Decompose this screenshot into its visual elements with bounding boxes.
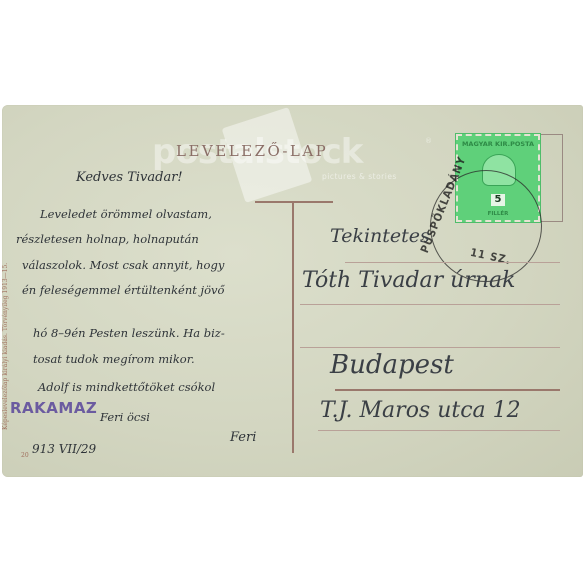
message-line: hó 8–9én Pesten leszünk. Ha biz- [33,326,225,340]
address-salutation: Tekintetes [330,225,430,247]
message-date: 913 VII/29 [32,442,96,456]
message-line: válaszolok. Most csak annyit, hogy [22,258,224,272]
print-number: 20 [21,452,29,459]
address-line [318,430,560,431]
address-line [335,389,560,391]
message-greeting: Kedves Tivadar! [76,170,183,185]
watermark-tagline: pictures & stories [322,172,397,181]
watermark-registered: ® [425,137,432,145]
message-line: Adolf is mindkettőtöket csókol [38,380,215,394]
message-line: én feleségemmel értültenként jövő [22,283,224,297]
address-line [300,347,560,348]
address-street: T.J. Maros utca 12 [320,398,521,423]
message-line: Feri öcsi [100,410,150,424]
sender-location-stamp: RAKAMAZ [10,399,97,417]
divider-horizontal [255,201,333,203]
address-line [345,262,560,263]
card-title: LEVELEZŐ-LAP [176,142,328,160]
signature: Feri [230,430,256,445]
publisher-print: Képeslevelezőlap királyi kiadás. Törvény… [2,263,9,430]
message-line: tosat tudok megírom mikor. [33,352,195,366]
divider-vertical [292,201,294,453]
stamp-header: MAGYAR KIR.POSTA [458,140,538,148]
message-line: részletesen holnap, holnapután [16,232,199,246]
message-line: Leveledet örömmel olvastam, [40,207,212,221]
address-city: Budapest [330,350,454,380]
address-name: Tóth Tivadar úrnak [302,268,515,293]
address-line [300,304,560,305]
